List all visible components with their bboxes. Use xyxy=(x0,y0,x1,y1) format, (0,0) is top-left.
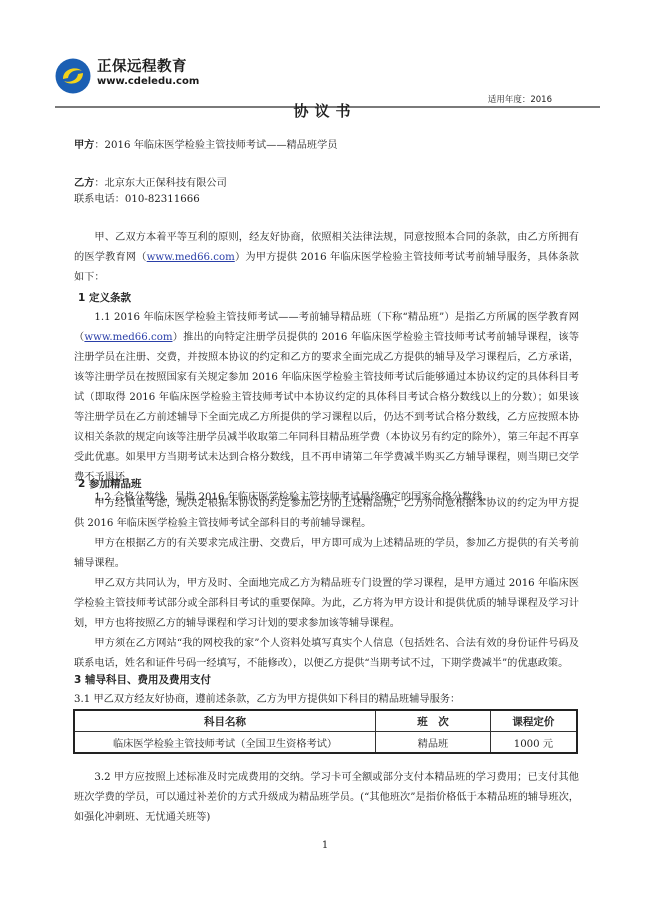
document-header: 正保远程教育 www.cdeledu.com 适用年度：2016 xyxy=(55,46,600,106)
clause-3-1: 3.1 甲乙双方经友好协商，遵前述条款，乙方为甲方提供如下科目的精品班辅导服务： xyxy=(74,690,579,710)
brand-url: www.cdeledu.com xyxy=(97,76,199,88)
table-header-row: 科目名称 班 次 课程定价 xyxy=(74,710,577,732)
class-cell: 精品班 xyxy=(376,732,491,754)
clause-1-1-text-2: ）推出的向特定注册学员提供的 2016 年临床医学检验主管技师考试考前辅导课程，… xyxy=(74,332,579,483)
column-header-class: 班 次 xyxy=(376,710,491,732)
clause-3-2-block: 3.2 甲方应按照上述标准及时完成费用的交纳。学习卡可全额或部分支付本精品班的学… xyxy=(74,768,579,828)
column-header-price: 课程定价 xyxy=(490,710,577,732)
contact-phone: 联系电话：010-82311666 xyxy=(74,190,579,210)
section-3: 3 辅导科目、费用及费用支付 3.1 甲乙双方经友好协商，遵前述条款，乙方为甲方… xyxy=(74,670,579,710)
party-a-label: 甲方 xyxy=(74,140,94,151)
brand-name: 正保远程教育 xyxy=(97,59,199,76)
section-2-heading: 2 参加精品班 xyxy=(74,474,579,494)
brand: 正保远程教育 www.cdeledu.com xyxy=(97,59,199,88)
column-header-subject: 科目名称 xyxy=(74,710,376,732)
company-logo-icon xyxy=(55,58,91,94)
course-fee-table: 科目名称 班 次 课程定价 临床医学检验主管技师考试（全国卫生资格考试） 精品班… xyxy=(73,709,578,754)
price-cell: 1000 元 xyxy=(490,732,577,754)
table-row: 临床医学检验主管技师考试（全国卫生资格考试） 精品班 1000 元 xyxy=(74,732,577,754)
intro-paragraph: 甲、乙双方本着平等互利的原则，经友好协商，依照相关法律法规，同意按照本合同的条款… xyxy=(74,228,579,288)
page-number: 1 xyxy=(0,840,650,851)
document-title: 协议书 xyxy=(0,100,650,121)
section-2: 2 参加精品班 甲方经慎重考虑，现决定根据本协议的约定参加乙方的上述精品班，乙方… xyxy=(74,474,579,674)
party-b-value: ：北京东大正保科技有限公司 xyxy=(94,178,226,189)
section-2-paragraph: 甲方须在乙方网站“我的网校我的家”个人资料处填写真实个人信息（包括姓名、合法有效… xyxy=(74,634,579,674)
section-2-paragraph: 甲乙双方共同认为，甲方及时、全面地完成乙方为精品班专门设置的学习课程，是甲方通过… xyxy=(74,574,579,634)
med66-link[interactable]: www.med66.com xyxy=(84,332,172,343)
section-3-heading: 3 辅导科目、费用及费用支付 xyxy=(74,670,579,690)
section-2-paragraph: 甲方在根据乙方的有关要求完成注册、交费后，甲方即可成为上述精品班的学员，参加乙方… xyxy=(74,534,579,574)
med66-link[interactable]: www.med66.com xyxy=(147,252,235,263)
clause-3-2: 3.2 甲方应按照上述标准及时完成费用的交纳。学习卡可全额或部分支付本精品班的学… xyxy=(74,768,579,828)
section-1-heading: 1 定义条款 xyxy=(74,288,579,308)
party-b-label: 乙方 xyxy=(74,178,94,189)
party-a: 甲方：2016 年临床医学检验主管技师考试——精品班学员 xyxy=(74,136,579,156)
subject-cell: 临床医学检验主管技师考试（全国卫生资格考试） xyxy=(74,732,376,754)
section-2-paragraph: 甲方经慎重考虑，现决定根据本协议的约定参加乙方的上述精品班，乙方亦同意根据本协议… xyxy=(74,494,579,534)
party-a-value: ：2016 年临床医学检验主管技师考试——精品班学员 xyxy=(94,140,337,151)
